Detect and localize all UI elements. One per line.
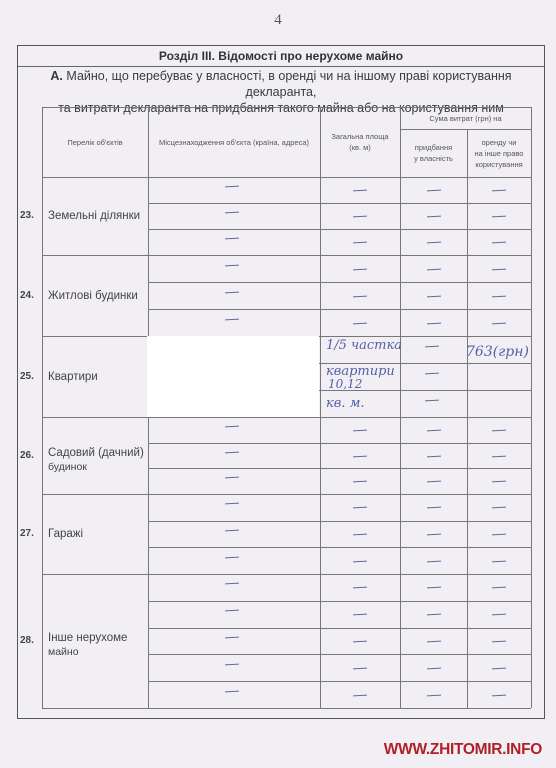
apartment-area-line-4: кв. м. [326, 396, 365, 411]
apartment-area-line-1: 1/5 частка [326, 338, 402, 353]
section-title: Розділ III. Відомості про нерухоме майно [18, 46, 544, 67]
subsection-line-2: та витрати декларанта на придбання таког… [18, 100, 544, 116]
subsection-letter: А. [50, 69, 63, 83]
redacted-address [147, 336, 319, 417]
apartment-area-line-3: 10,12 [328, 377, 362, 391]
subsection-heading: А. Майно, що перебуває у власності, в ор… [18, 68, 544, 116]
subsection-line-1: Майно, що перебуває у власності, в оренд… [66, 69, 511, 99]
page-number: 4 [0, 12, 556, 29]
watermark: WWW.ZHITOMIR.INFO [384, 741, 542, 759]
apartment-rent-value: 763(грн) [466, 344, 529, 360]
